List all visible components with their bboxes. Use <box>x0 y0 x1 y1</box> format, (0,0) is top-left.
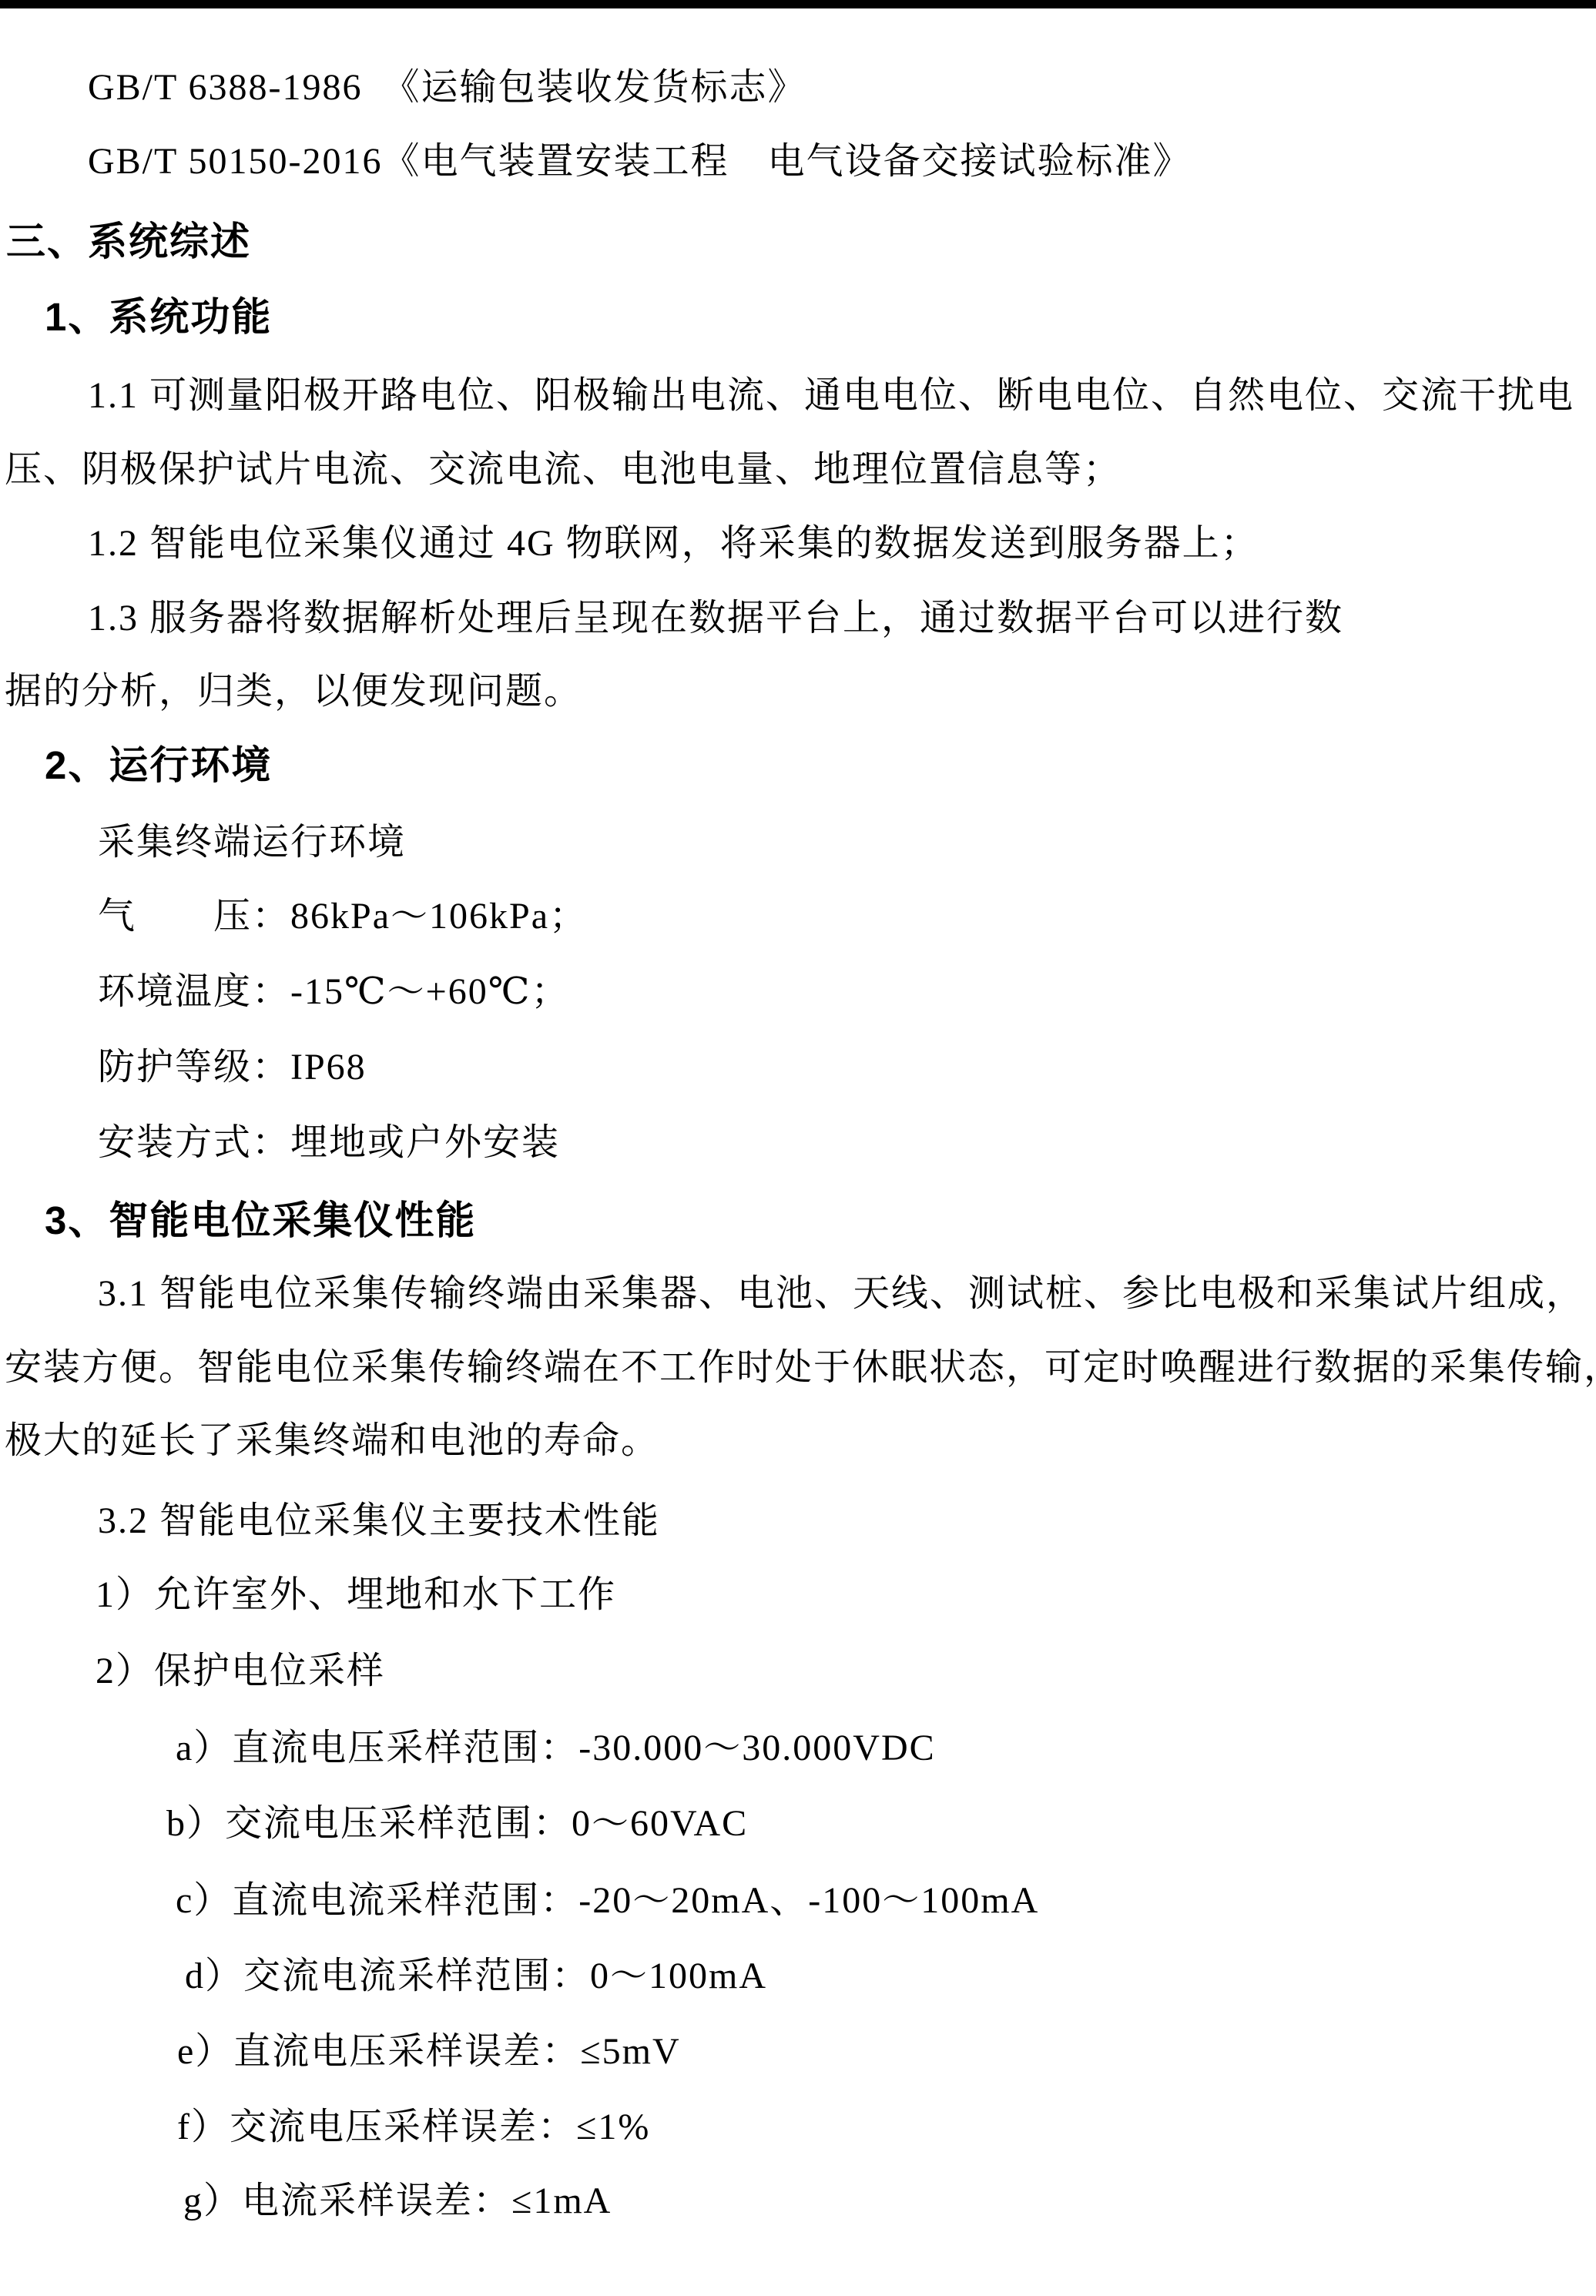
reference-gbt-6388: GB/T 6388-1986 《运输包装收发货标志》 <box>88 66 806 109</box>
sub1-heading: 1、系统功能 <box>45 295 272 340</box>
para-1-3-line-1: 1.3 服务器将数据解析处理后呈现在数据平台上，通过数据平台可以进行数 <box>88 597 1343 639</box>
para-3-2: 3.2 智能电位采集仪主要技术性能 <box>98 1500 660 1542</box>
env-installation: 安装方式：埋地或户外安装 <box>98 1121 560 1164</box>
list-item-b: b）交流电压采样范围：0～60VAC <box>166 1802 748 1845</box>
para-1-1-line-1: 1.1 可测量阳极开路电位、阳极输出电流、通电电位、断电电位、自然电位、交流干扰… <box>88 374 1574 417</box>
list-item-f: f）交流电压采样误差：≤1% <box>177 2106 650 2148</box>
list-item-g: g）电流采样误差：≤1mA <box>183 2180 612 2222</box>
para-3-1-line-1: 3.1 智能电位采集传输终端由采集器、电池、天线、测试桩、参比电极和采集试片组成… <box>98 1272 1584 1315</box>
document-page: GB/T 6388-1986 《运输包装收发货标志》 GB/T 50150-20… <box>0 0 1596 2296</box>
para-3-1-line-2: 安装方便。智能电位采集传输终端在不工作时处于休眠状态，可定时唤醒进行数据的采集传… <box>5 1346 1596 1389</box>
env-pressure: 气 压：86kPa～106kPa； <box>98 895 588 937</box>
sub3-heading: 3、智能电位采集仪性能 <box>45 1198 476 1244</box>
para-1-3-line-2: 据的分析，归类，以便发现问题。 <box>5 670 582 712</box>
list-item-1: 1）允许室外、埋地和水下工作 <box>96 1574 616 1616</box>
para-1-1-line-2: 压、阴极保护试片电流、交流电流、电池电量、地理位置信息等； <box>5 448 1122 491</box>
reference-gbt-50150: GB/T 50150-2016《电气装置安装工程 电气设备交接试验标准》 <box>88 140 1191 183</box>
env-protection: 防护等级：IP68 <box>98 1046 367 1088</box>
list-item-d: d）交流电流采样范围：0～100mA <box>185 1955 767 1997</box>
list-item-2: 2）保护电位采样 <box>96 1650 385 1692</box>
env-intro: 采集终端运行环境 <box>98 821 406 863</box>
list-item-a: a）直流电压采样范围：-30.000～30.000VDC <box>176 1727 936 1769</box>
top-border-bar <box>0 0 1596 8</box>
list-item-c: c）直流电流采样范围：-20～20mA、-100～100mA <box>176 1879 1039 1922</box>
para-3-1-line-3: 极大的延长了采集终端和电池的寿命。 <box>5 1419 659 1462</box>
para-1-2: 1.2 智能电位采集仪通过 4G 物联网，将采集的数据发送到服务器上； <box>88 522 1259 565</box>
list-item-e: e）直流电压采样误差：≤5mV <box>177 2030 681 2073</box>
sub2-heading: 2、运行环境 <box>45 743 272 789</box>
section-3-heading: 三、系统综述 <box>6 220 251 265</box>
env-temperature: 环境温度：-15℃～+60℃； <box>98 970 569 1013</box>
